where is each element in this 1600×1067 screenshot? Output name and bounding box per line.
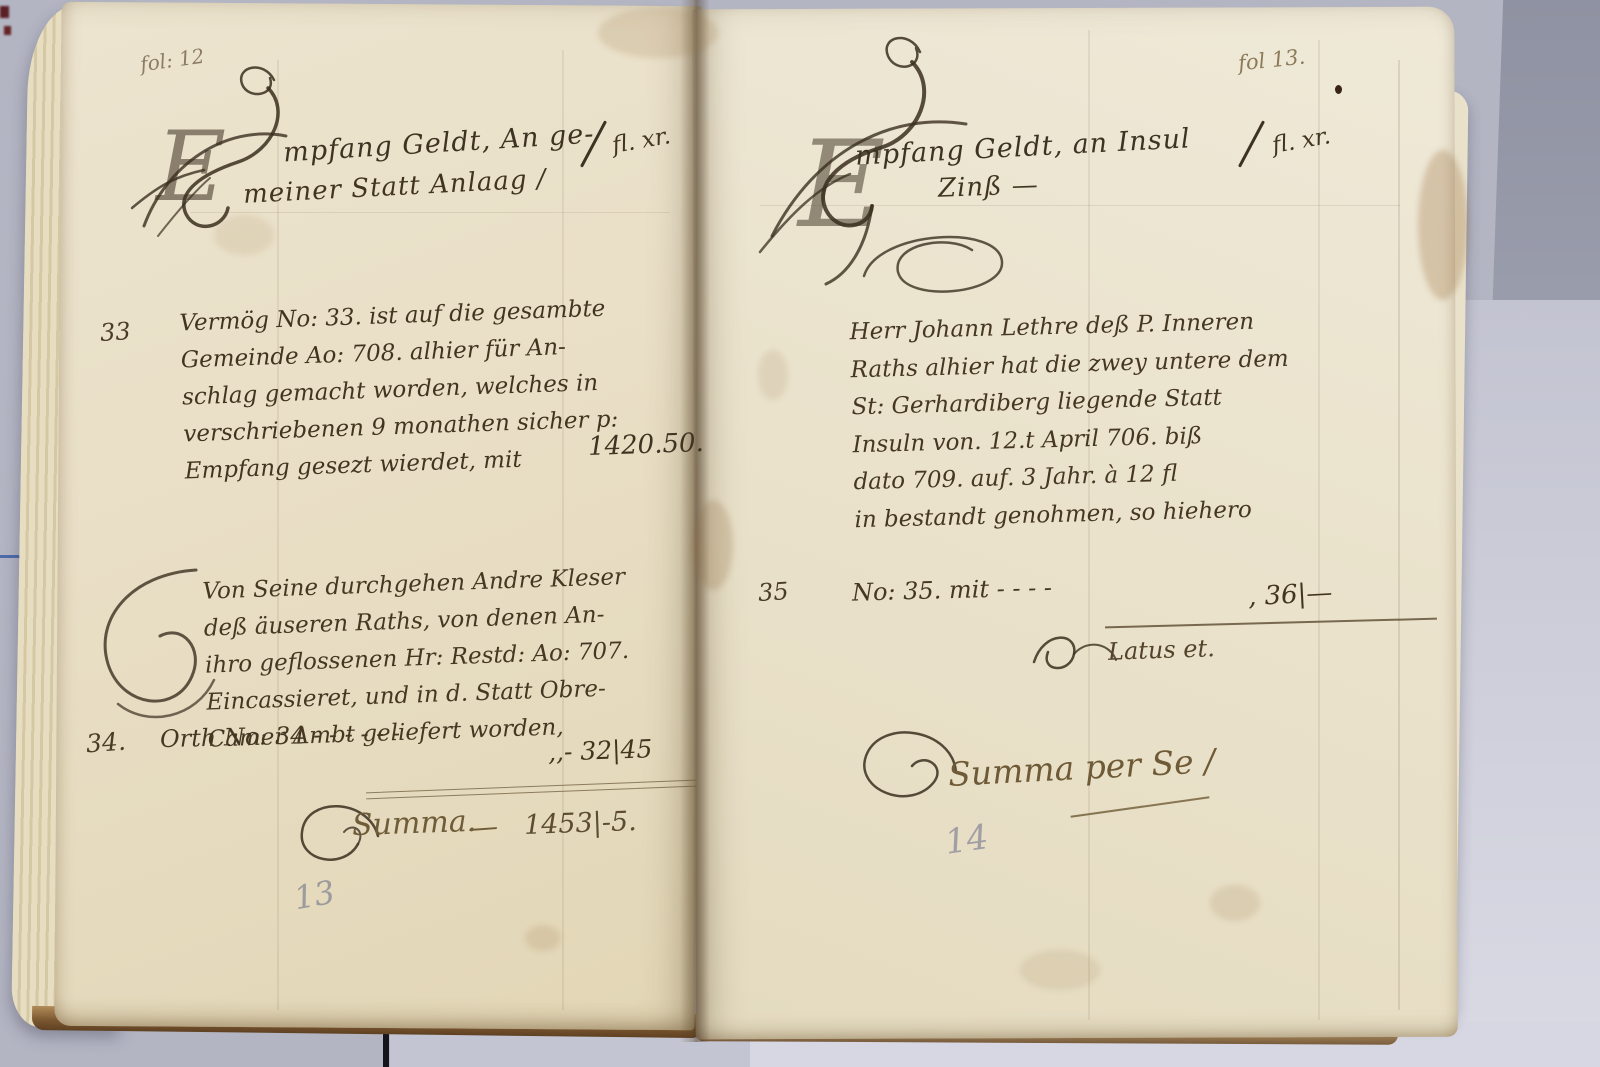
entry35-row-text: No: 35. mit - - - - bbox=[852, 573, 1053, 606]
latus-label: Latus et. bbox=[1108, 634, 1216, 666]
entry33-amount: 1420.50. bbox=[588, 428, 705, 462]
entry33-paragraph: Vermög No: 33. ist auf die gesambte Geme… bbox=[179, 291, 615, 491]
summa-left-amount: 1453|-5. bbox=[523, 806, 637, 841]
stain bbox=[758, 350, 788, 400]
stain bbox=[598, 8, 718, 58]
entry34-margin-number: 34. bbox=[85, 727, 127, 759]
entry34-amount: ,,- 32|45 bbox=[548, 734, 653, 767]
stain bbox=[1020, 950, 1100, 990]
ink-speck bbox=[1335, 85, 1342, 94]
summa-left-dash: — bbox=[467, 809, 499, 846]
header-right-line2: Zinß — bbox=[938, 170, 1040, 203]
header-swirl-right bbox=[850, 220, 1020, 305]
corner-red-mark bbox=[4, 26, 11, 35]
latus-flourish bbox=[1022, 612, 1122, 692]
white-paper-sheet-right bbox=[1440, 300, 1600, 1067]
stain bbox=[525, 925, 561, 951]
stain bbox=[1418, 150, 1468, 300]
pencil-number-left: 13 bbox=[291, 873, 338, 917]
corner-red-mark bbox=[0, 6, 9, 18]
dark-edge-line bbox=[383, 1030, 389, 1067]
entry35-margin-number: 35 bbox=[757, 577, 789, 607]
page-crease bbox=[1318, 40, 1320, 1020]
stain bbox=[1210, 885, 1260, 921]
page-crease bbox=[1398, 60, 1400, 1010]
manuscript-photo: fol: 12 E mpfang Geldt, An ge- meiner St… bbox=[0, 0, 1600, 1067]
entry35-amount: , 36|— bbox=[1247, 578, 1333, 612]
initial-letter-left: E bbox=[154, 111, 226, 223]
entry35-paragraph: Herr Johann Lethre deß P. Inneren Raths … bbox=[849, 302, 1335, 539]
pencil-number-right: 14 bbox=[942, 817, 990, 863]
page-crease bbox=[562, 50, 564, 1010]
stain bbox=[693, 500, 733, 590]
entry33-margin-number: 33 bbox=[99, 317, 131, 347]
summa-left-label: Summa. bbox=[351, 804, 476, 843]
